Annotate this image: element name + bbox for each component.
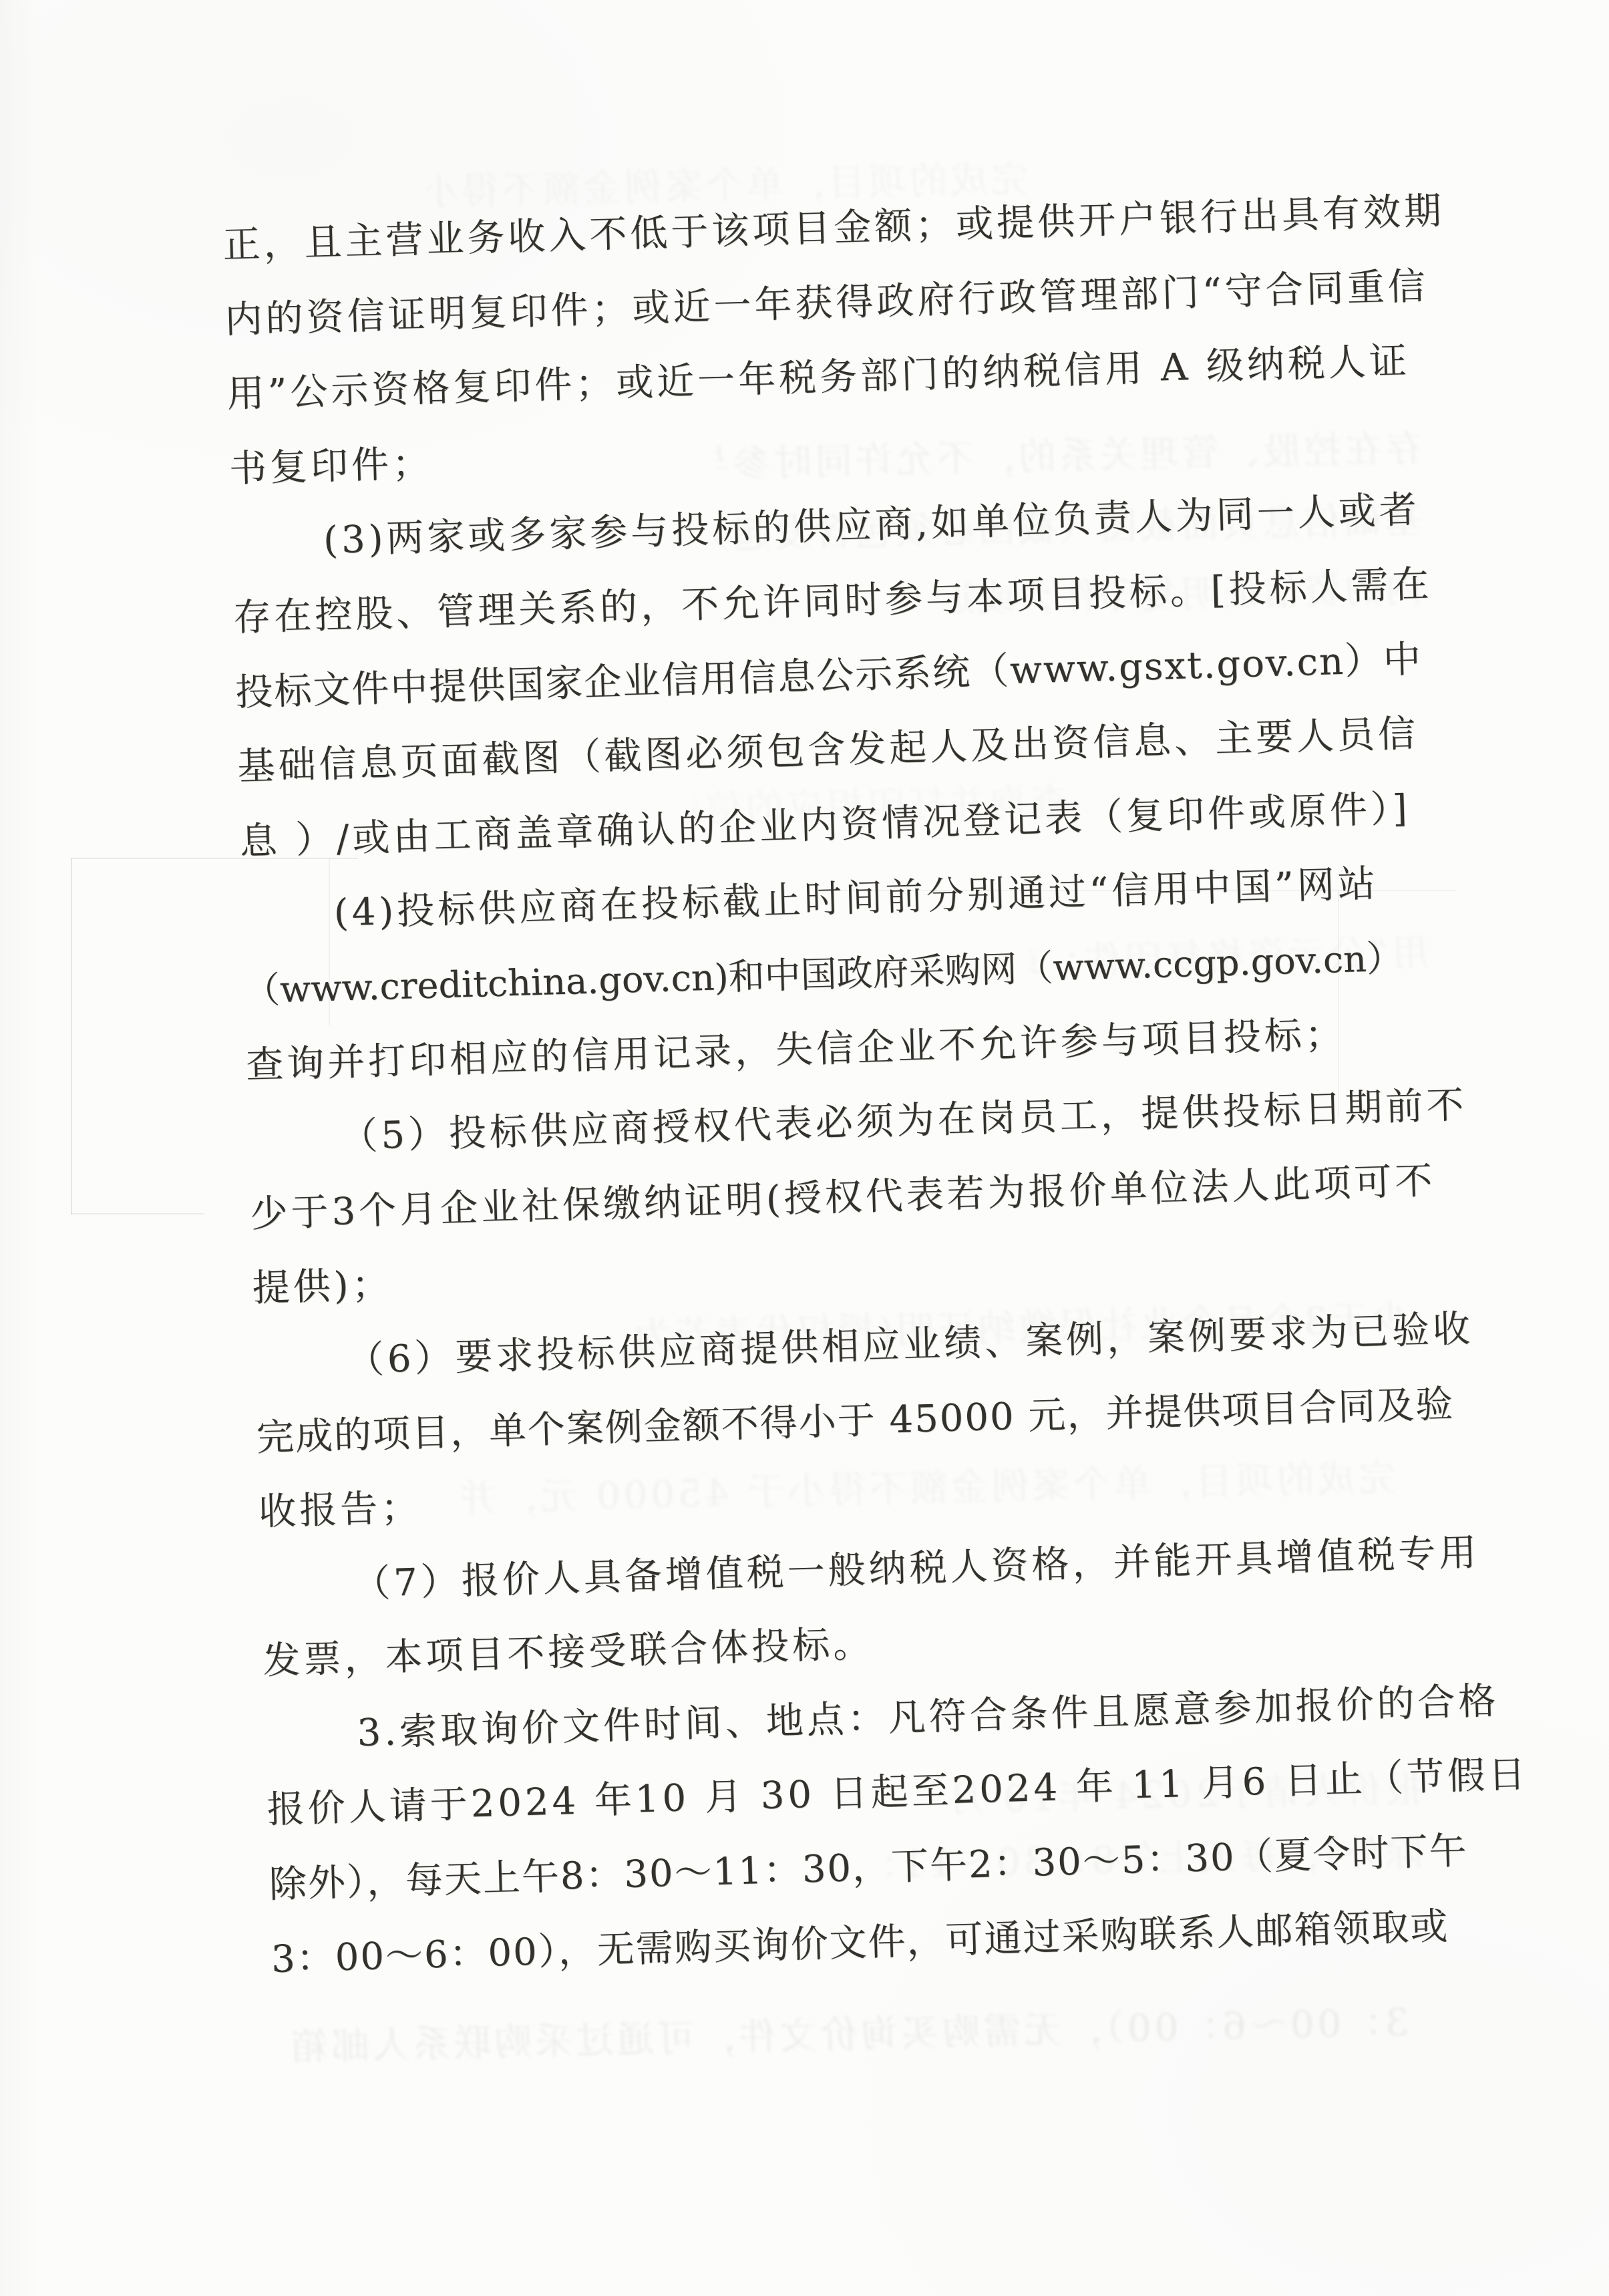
bleedthrough-text: 3：00～6：00），无需购买询价文件，可通过采购联系人邮箱领取或 [287,1997,1409,2074]
bleedthrough-table-line [71,1213,204,1214]
document-body-text: 正，且主营业务收入不低于该项目金额；或提供开户银行出具有效期 内的资信证明复印件… [222,176,1435,1997]
scanned-document-page: 完成的项目，单个案例金额不得小于 45000 元，并提供项目合同及验 存在控股、… [0,0,1609,2296]
bleedthrough-table-line [71,858,72,1214]
